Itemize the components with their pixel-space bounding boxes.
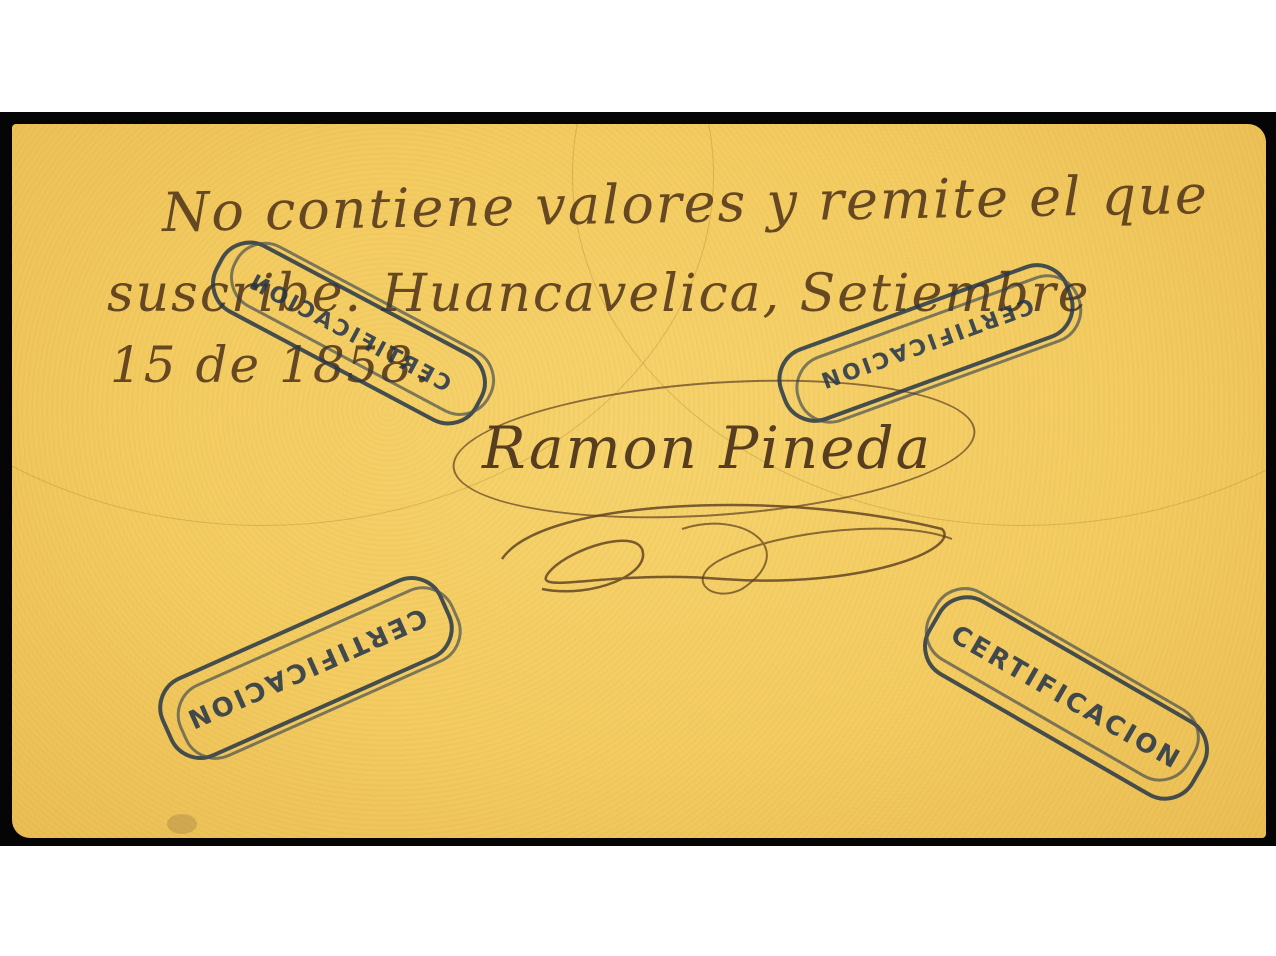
envelope-back: No contiene valores y remite el que susc… <box>12 124 1266 838</box>
certificacion-stamp-bottom-right: CERTIFICACION <box>911 583 1222 813</box>
signature-flourish <box>482 489 962 609</box>
signature: Ramon Pineda <box>482 414 932 482</box>
certificacion-stamp-bottom-left: CERTIFICACION <box>147 565 464 771</box>
paper-stain <box>167 814 197 834</box>
